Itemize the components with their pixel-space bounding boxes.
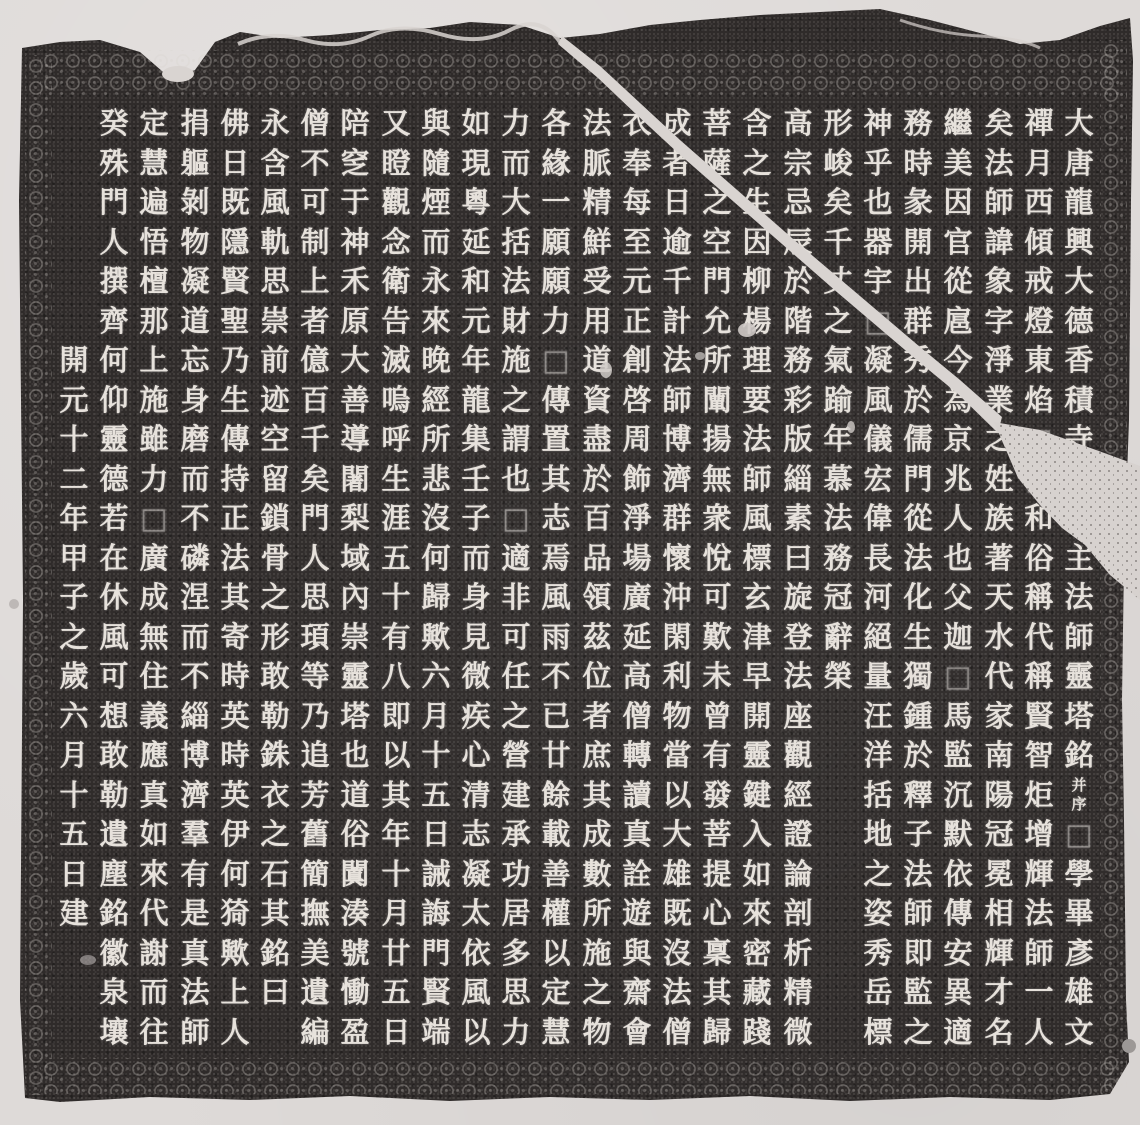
glyph: 心	[457, 736, 495, 776]
glyph: 姿	[859, 894, 897, 934]
glyph: 冠	[819, 578, 857, 618]
glyph: 器	[859, 223, 897, 263]
glyph: 雄	[1060, 973, 1098, 1013]
glyph: 真	[135, 776, 173, 816]
inscription-column-7: 形峻矣千丈之氣踰年慕法務冠辭榮	[819, 104, 857, 697]
inscription-column-19: 陪窆于神禾原大善導闍梨域內崇靈塔也道俗闐湊號慟盈	[336, 104, 374, 1052]
inscription-column-10: 菩薩之空門允所闡揚無衆悅可歎未曾有發菩提心稟其歸	[698, 104, 736, 1052]
glyph: 周	[618, 420, 656, 460]
glyph: 銘	[1060, 736, 1098, 776]
glyph: 氣	[819, 341, 857, 381]
glyph: 彥	[1060, 934, 1098, 974]
glyph: 獨	[899, 657, 937, 697]
glyph: 庶	[578, 736, 616, 776]
glyph: 隱	[216, 223, 254, 263]
glyph: 柳	[738, 262, 776, 302]
glyph: 載	[537, 815, 575, 855]
glyph: 安	[939, 934, 977, 974]
glyph: 上	[296, 262, 334, 302]
glyph: 法	[899, 855, 937, 895]
glyph: 羣	[176, 815, 214, 855]
glyph: 忌	[779, 183, 817, 223]
glyph: 任	[497, 657, 535, 697]
glyph: 隨	[417, 144, 455, 184]
glyph: 磨	[176, 420, 214, 460]
glyph: 廣	[135, 539, 173, 579]
glyph: 謂	[497, 420, 535, 460]
title-note: 并序	[1060, 776, 1098, 816]
glyph: 善	[537, 855, 575, 895]
glyph: 凝	[859, 341, 897, 381]
glyph: 才	[980, 973, 1018, 1013]
glyph: 崇	[336, 618, 374, 658]
glyph: 廣	[618, 578, 656, 618]
glyph: 標	[738, 539, 776, 579]
glyph: 廿	[377, 934, 415, 974]
glyph: 所	[578, 894, 616, 934]
glyph: 而	[176, 618, 214, 658]
glyph: 緣	[537, 144, 575, 184]
glyph: 日	[658, 183, 696, 223]
glyph: 務	[899, 104, 937, 144]
glyph: 念	[377, 223, 415, 263]
glyph: 而	[417, 223, 455, 263]
glyph: 監	[939, 736, 977, 776]
glyph: 其	[216, 578, 254, 618]
glyph: 法	[578, 104, 616, 144]
glyph: 元	[55, 381, 93, 421]
damaged-glyph: □	[497, 499, 535, 539]
glyph: 德	[1060, 302, 1098, 342]
glyph: 瞪	[377, 144, 415, 184]
glyph: 時	[216, 657, 254, 697]
glyph: 應	[135, 736, 173, 776]
glyph: 沒	[658, 934, 696, 974]
glyph: 身	[176, 381, 214, 421]
glyph: 願	[537, 262, 575, 302]
glyph: 若	[95, 499, 133, 539]
glyph: 門	[698, 262, 736, 302]
glyph: 乃	[216, 341, 254, 381]
glyph: 而	[497, 144, 535, 184]
glyph: 往	[135, 1013, 173, 1053]
glyph: 括	[859, 776, 897, 816]
glyph: 燈	[1020, 302, 1058, 342]
glyph: 八	[377, 657, 415, 697]
glyph: 靈	[95, 420, 133, 460]
glyph: 湊	[336, 894, 374, 934]
glyph: 諱	[980, 223, 1018, 263]
glyph: 千	[658, 262, 696, 302]
glyph: 座	[779, 697, 817, 737]
glyph: 繼	[939, 104, 977, 144]
glyph: 文	[1060, 1013, 1098, 1053]
glyph: 已	[537, 697, 575, 737]
glyph: 因	[939, 183, 977, 223]
glyph: 居	[497, 894, 535, 934]
damaged-glyph: □	[135, 499, 173, 539]
glyph: 菩	[698, 815, 736, 855]
glyph: 雖	[135, 420, 173, 460]
glyph: 千	[819, 223, 857, 263]
damaged-glyph: □	[537, 341, 575, 381]
glyph: 涅	[176, 578, 214, 618]
glyph: 者	[658, 144, 696, 184]
glyph: 法	[658, 973, 696, 1013]
glyph: 壬	[457, 460, 495, 500]
glyph: 闡	[698, 381, 736, 421]
glyph: 量	[859, 657, 897, 697]
glyph: 法	[1060, 578, 1098, 618]
glyph: 淨	[618, 499, 656, 539]
glyph: 英	[216, 776, 254, 816]
glyph: 法	[216, 539, 254, 579]
glyph: 風	[537, 578, 575, 618]
glyph: 而	[176, 460, 214, 500]
glyph: 靈	[336, 657, 374, 697]
glyph: 遺	[95, 815, 133, 855]
glyph: 法	[819, 499, 857, 539]
glyph: 楊	[738, 302, 776, 342]
glyph: 廿	[537, 736, 575, 776]
glyph: 也	[859, 183, 897, 223]
glyph: 有	[377, 618, 415, 658]
glyph: 定	[135, 104, 173, 144]
glyph: 曰	[256, 973, 294, 1013]
glyph: 不	[176, 657, 214, 697]
glyph: 有	[698, 736, 736, 776]
glyph: 博	[658, 420, 696, 460]
glyph: 岳	[859, 973, 897, 1013]
glyph: 年	[819, 420, 857, 460]
glyph: 迦	[939, 618, 977, 658]
glyph: 微	[457, 657, 495, 697]
damaged-glyph: □	[1020, 420, 1058, 460]
glyph: 精	[779, 973, 817, 1013]
glyph: 秀	[899, 341, 937, 381]
glyph: 未	[698, 657, 736, 697]
glyph: 導	[336, 420, 374, 460]
glyph: 唐	[1060, 144, 1098, 184]
glyph: 既	[658, 894, 696, 934]
glyph: 歟	[417, 618, 455, 658]
glyph: 定	[537, 973, 575, 1013]
glyph: 磷	[176, 539, 214, 579]
glyph: 香	[1060, 341, 1098, 381]
glyph: 法	[899, 539, 937, 579]
glyph: 之	[698, 183, 736, 223]
glyph: 人	[216, 1013, 254, 1053]
glyph: 來	[417, 302, 455, 342]
glyph: 理	[738, 341, 776, 381]
glyph: 焰	[1020, 381, 1058, 421]
glyph: 銖	[256, 736, 294, 776]
glyph: 是	[176, 894, 214, 934]
glyph: 悲	[417, 460, 455, 500]
glyph: 輝	[1020, 855, 1058, 895]
glyph: 釋	[899, 776, 937, 816]
glyph: 從	[939, 262, 977, 302]
damaged-glyph: □	[1060, 460, 1098, 500]
glyph: 法	[176, 973, 214, 1013]
glyph: 真	[618, 815, 656, 855]
glyph: 師	[176, 1013, 214, 1053]
glyph: 西	[1020, 183, 1058, 223]
glyph: 永	[417, 262, 455, 302]
glyph: 至	[618, 223, 656, 263]
glyph: 崇	[256, 302, 294, 342]
glyph: 論	[779, 855, 817, 895]
inscription-column-21: 永含風軌思崇前迹空留鎖骨之形敢勒銖衣之石其銘曰	[256, 104, 294, 1013]
inscription-column-18: 又瞪觀念衛告滅嗚呼生涯五十有八即以其年十月廿五日	[377, 104, 415, 1052]
glyph: 版	[779, 420, 817, 460]
glyph: 神	[859, 104, 897, 144]
glyph: 十	[55, 420, 93, 460]
glyph: 力	[497, 1013, 535, 1053]
glyph: 峻	[819, 144, 857, 184]
damaged-glyph: □	[1020, 460, 1058, 500]
glyph: 石	[256, 855, 294, 895]
glyph: 依	[457, 934, 495, 974]
glyph: 悅	[698, 539, 736, 579]
glyph: 俗	[336, 815, 374, 855]
glyph: 學	[1060, 855, 1098, 895]
glyph: 空	[698, 223, 736, 263]
glyph: 資	[578, 381, 616, 421]
glyph: 智	[1020, 736, 1058, 776]
glyph: 銘	[95, 894, 133, 934]
glyph: 於	[899, 381, 937, 421]
glyph: 因	[738, 223, 776, 263]
glyph: 生	[899, 618, 937, 658]
glyph: 用	[578, 302, 616, 342]
glyph: 沒	[417, 499, 455, 539]
glyph: 出	[899, 262, 937, 302]
glyph: 十	[55, 776, 93, 816]
glyph: 當	[658, 736, 696, 776]
glyph: 休	[95, 578, 133, 618]
glyph: 博	[176, 736, 214, 776]
glyph: 可	[698, 578, 736, 618]
damaged-glyph: □	[859, 302, 897, 342]
glyph: 正	[216, 499, 254, 539]
glyph: 淨	[980, 341, 1018, 381]
glyph: 偉	[859, 499, 897, 539]
glyph: 之	[819, 302, 857, 342]
glyph: 含	[256, 144, 294, 184]
glyph: 力	[537, 302, 575, 342]
glyph: 法	[497, 262, 535, 302]
glyph: 開	[738, 697, 776, 737]
glyph: 成	[578, 815, 616, 855]
glyph: 儀	[859, 420, 897, 460]
glyph: 經	[417, 381, 455, 421]
glyph: 風	[859, 381, 897, 421]
glyph: 稟	[698, 934, 736, 974]
glyph: 月	[55, 736, 93, 776]
glyph: 地	[859, 815, 897, 855]
glyph: 敢	[95, 736, 133, 776]
glyph: 其	[698, 973, 736, 1013]
glyph: 檀	[135, 262, 173, 302]
glyph: 登	[779, 618, 817, 658]
glyph: 玄	[738, 578, 776, 618]
glyph: 撰	[95, 262, 133, 302]
glyph: 於	[899, 736, 937, 776]
glyph: 之	[497, 697, 535, 737]
glyph: 神	[336, 223, 374, 263]
glyph: 集	[457, 420, 495, 460]
glyph: 家	[980, 697, 1018, 737]
glyph: 群	[899, 302, 937, 342]
glyph: 姓	[980, 460, 1018, 500]
glyph: 受	[578, 262, 616, 302]
glyph: 永	[256, 104, 294, 144]
glyph: 子	[457, 499, 495, 539]
glyph: 矣	[296, 460, 334, 500]
glyph: 建	[497, 776, 535, 816]
glyph: 高	[779, 104, 817, 144]
glyph: 素	[779, 499, 817, 539]
glyph: 化	[899, 578, 937, 618]
glyph: 忘	[176, 341, 214, 381]
glyph: 大	[1060, 104, 1098, 144]
glyph: 傾	[1020, 223, 1058, 263]
glyph: 鎖	[256, 499, 294, 539]
glyph: 成	[658, 104, 696, 144]
glyph: 現	[457, 144, 495, 184]
glyph: 要	[738, 381, 776, 421]
glyph: 大	[1060, 262, 1098, 302]
glyph: 悟	[135, 223, 173, 263]
glyph: 戒	[1020, 262, 1058, 302]
glyph: 不	[537, 657, 575, 697]
glyph: 善	[336, 381, 374, 421]
damaged-glyph: □	[1060, 815, 1098, 855]
glyph: 寄	[216, 618, 254, 658]
glyph: 之	[497, 381, 535, 421]
glyph: 儒	[899, 420, 937, 460]
glyph: 緇	[779, 460, 817, 500]
glyph: 歲	[55, 657, 93, 697]
glyph: 允	[698, 302, 736, 342]
glyph: 慧	[135, 144, 173, 184]
glyph: 日	[55, 855, 93, 895]
glyph: 五	[377, 973, 415, 1013]
glyph: 數	[578, 855, 616, 895]
glyph: 宗	[779, 144, 817, 184]
glyph: 乎	[859, 144, 897, 184]
glyph: 矣	[819, 183, 857, 223]
glyph: 成	[135, 578, 173, 618]
glyph: 在	[95, 539, 133, 579]
glyph: 大	[336, 341, 374, 381]
glyph: 梨	[336, 499, 374, 539]
glyph: 號	[336, 934, 374, 974]
glyph: 延	[457, 223, 495, 263]
glyph: 聖	[216, 302, 254, 342]
glyph: 功	[497, 855, 535, 895]
glyph: 慧	[537, 1013, 575, 1053]
glyph: 而	[135, 973, 173, 1013]
glyph: 之	[859, 855, 897, 895]
glyph: 依	[939, 855, 977, 895]
glyph: 志	[537, 499, 575, 539]
glyph: 月	[1020, 144, 1058, 184]
glyph: 之	[980, 420, 1018, 460]
glyph: 緇	[176, 697, 214, 737]
glyph: 其	[256, 894, 294, 934]
glyph: 制	[296, 223, 334, 263]
glyph: 衆	[698, 499, 736, 539]
glyph: 揚	[698, 420, 736, 460]
glyph: 之	[738, 144, 776, 184]
glyph: 稱	[1020, 657, 1058, 697]
glyph: 正	[618, 302, 656, 342]
glyph: 雨	[537, 618, 575, 658]
glyph: 原	[336, 302, 374, 342]
inscription-column-2: 禪月西傾戒燈東焰□□和俗稱代稱賢智炬增輝法師一人	[1020, 104, 1058, 1052]
glyph: 非	[497, 578, 535, 618]
glyph: 百	[578, 499, 616, 539]
glyph: 五	[377, 539, 415, 579]
glyph: 以	[377, 736, 415, 776]
glyph: 領	[578, 578, 616, 618]
inscription-column-3: 矣法師諱象字淨業之姓族著天水代家南陽冠冕相輝才名	[980, 104, 1018, 1052]
glyph: 如	[457, 104, 495, 144]
glyph: 太	[457, 894, 495, 934]
glyph: 開	[55, 341, 93, 381]
glyph: 六	[55, 697, 93, 737]
glyph: 者	[578, 697, 616, 737]
glyph: 與	[618, 934, 656, 974]
glyph: 煙	[417, 183, 455, 223]
glyph: 住	[135, 657, 173, 697]
glyph: 端	[417, 1013, 455, 1053]
glyph: 生	[738, 183, 776, 223]
glyph: 德	[95, 460, 133, 500]
glyph: 矣	[980, 104, 1018, 144]
glyph: 何	[417, 539, 455, 579]
glyph: 序	[1060, 795, 1098, 815]
glyph: 伊	[216, 815, 254, 855]
inscription-column-14: 各緣一願願力□傳置其志焉風雨不已廿餘載善權以定慧	[537, 104, 575, 1052]
glyph: 稱	[1020, 578, 1058, 618]
glyph: 者	[296, 302, 334, 342]
glyph: 提	[698, 855, 736, 895]
glyph: 滅	[377, 341, 415, 381]
glyph: 沉	[939, 776, 977, 816]
glyph: 焉	[537, 539, 575, 579]
ornamental-scroll-border-right	[1100, 40, 1127, 1090]
glyph: 謝	[135, 934, 173, 974]
glyph: 辰	[779, 223, 817, 263]
glyph: 啓	[618, 381, 656, 421]
glyph: 入	[738, 815, 776, 855]
glyph: 志	[457, 815, 495, 855]
glyph: 告	[377, 302, 415, 342]
glyph: 而	[457, 539, 495, 579]
glyph: 陪	[336, 104, 374, 144]
glyph: 津	[738, 618, 776, 658]
glyph: 可	[497, 618, 535, 658]
glyph: 彖	[899, 183, 937, 223]
glyph: 物	[176, 223, 214, 263]
glyph: 勒	[95, 776, 133, 816]
title-text: 大唐龍興大德香積寺□□主法師靈塔銘	[1060, 104, 1098, 776]
glyph: 上	[216, 973, 254, 1013]
glyph: 菩	[698, 104, 736, 144]
